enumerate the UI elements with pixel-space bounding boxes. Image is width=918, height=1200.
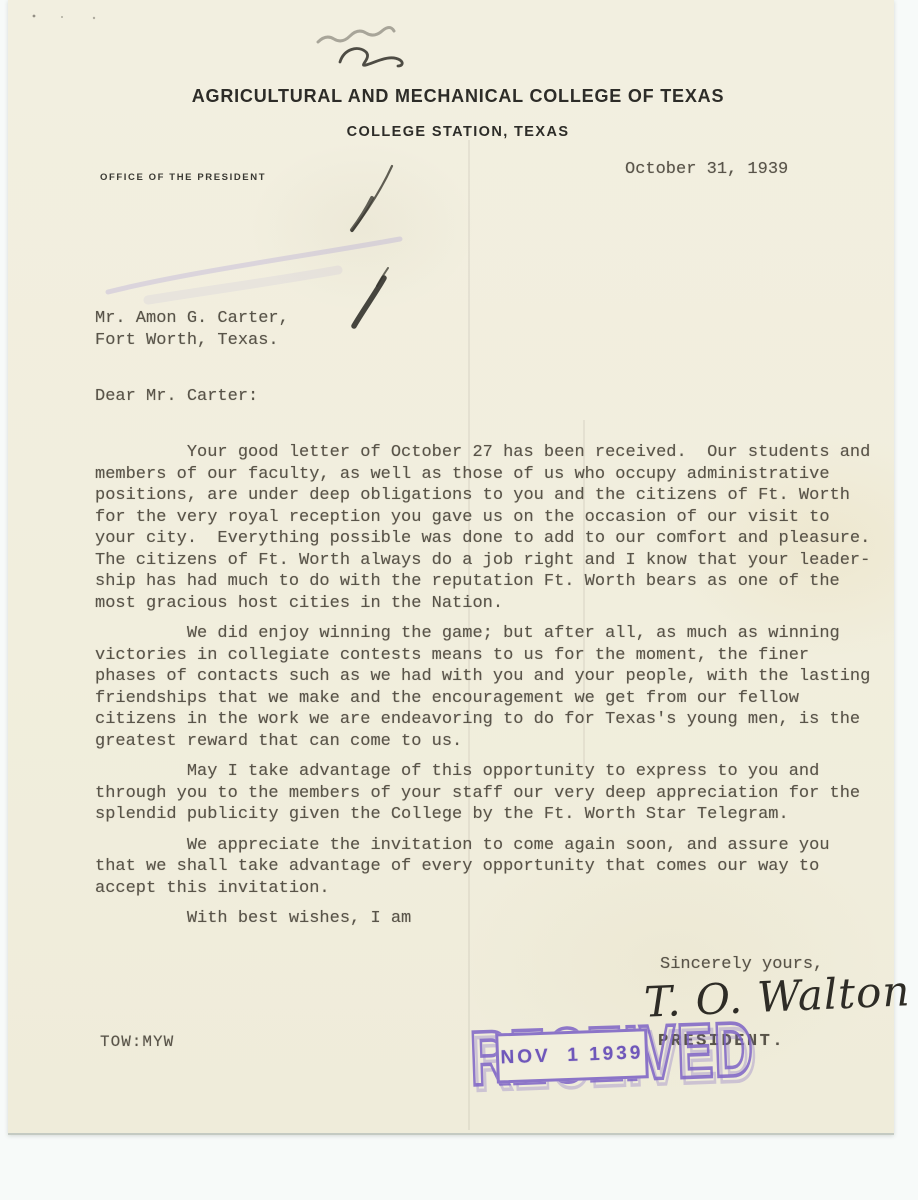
purple-smudge-mark: [148, 270, 338, 300]
letterhead-location: COLLEGE STATION, TEXAS: [22, 124, 894, 140]
letter-date: October 31, 1939: [625, 160, 788, 179]
recipient-address: Mr. Amon G. Carter, Fort Worth, Texas.: [95, 308, 289, 352]
stamp-date: NOV 1 1939: [500, 1042, 644, 1069]
handwritten-scribble-mark: [340, 49, 402, 66]
letterhead-college-name: AGRICULTURAL AND MECHANICAL COLLEGE OF T…: [22, 86, 894, 107]
speck-mark: [33, 15, 36, 18]
paragraph-5-closing-line: With best wishes, I am: [95, 908, 885, 930]
paragraph-1: Your good letter of October 27 has been …: [95, 442, 885, 614]
ink-slash-mark: [352, 166, 392, 231]
ink-slash-mark: [377, 268, 388, 286]
scanned-letter-page: { "letterhead": { "college": "AGRICULTUR…: [0, 0, 918, 1200]
received-date-stamp: RECEIVED RECEIVED NOV 1 1939: [468, 997, 668, 1116]
letter-paper: AGRICULTURAL AND MECHANICAL COLLEGE OF T…: [8, 0, 894, 1135]
letter-body: Your good letter of October 27 has been …: [95, 442, 885, 939]
typist-initials: TOW:MYW: [100, 1033, 174, 1051]
speck-mark: [61, 16, 63, 18]
letterhead-office-line: OFFICE OF THE PRESIDENT: [100, 172, 266, 183]
speck-mark: [93, 17, 95, 19]
ink-slash-mark: [354, 278, 384, 326]
pencil-smudge-mark: [318, 28, 394, 43]
paragraph-3: May I take advantage of this opportunity…: [95, 761, 885, 826]
purple-smudge-mark: [108, 239, 400, 292]
paragraph-2: We did enjoy winning the game; but after…: [95, 623, 885, 752]
salutation: Dear Mr. Carter:: [95, 387, 258, 406]
letterhead: AGRICULTURAL AND MECHANICAL COLLEGE OF T…: [8, 86, 894, 140]
ink-slash-mark: [352, 198, 372, 230]
stamp-date-box: NOV 1 1939: [495, 1028, 649, 1083]
paragraph-4: We appreciate the invitation to come aga…: [95, 835, 885, 900]
